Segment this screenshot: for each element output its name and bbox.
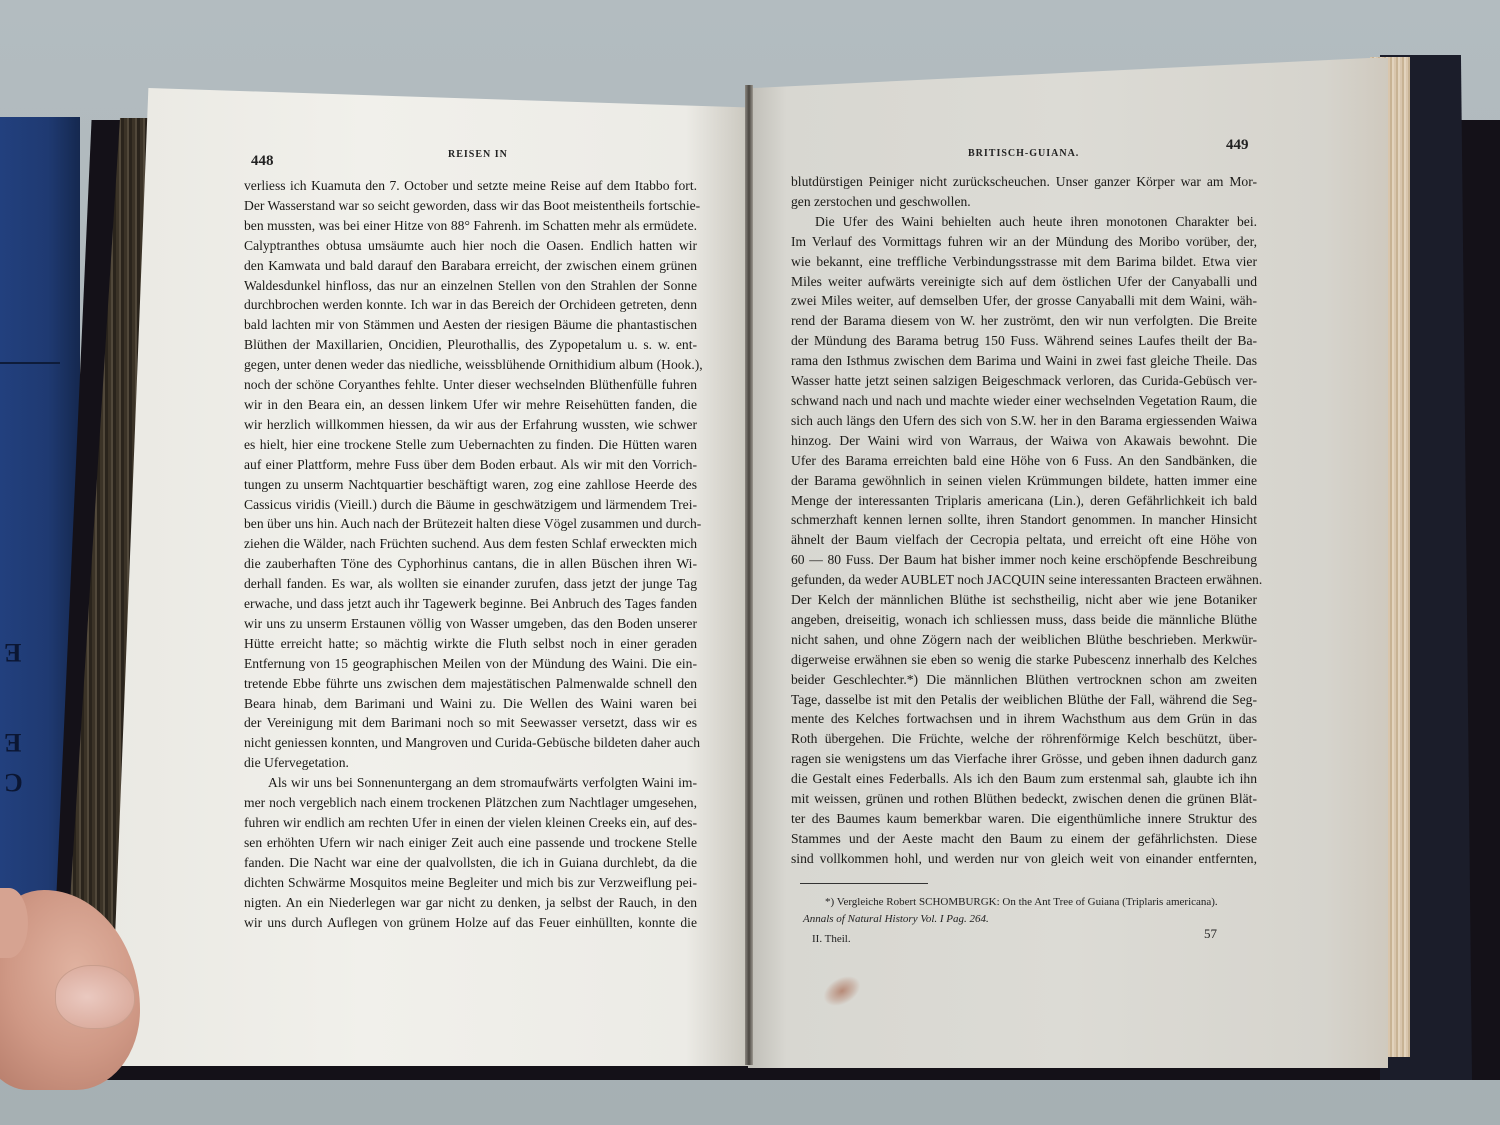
signature-number: 57 [1204,926,1217,942]
text-line: wie bekannt, eine treffliche Verbindungs… [791,252,1257,272]
text-line: nicht geniessen konnten, und Mangroven u… [244,733,697,753]
text-line: die Gestalt eines Federballs. Als ich de… [791,769,1257,789]
text-line: sind vollkommen hohl, und werden nur von… [791,849,1257,869]
right-page-number: 449 [1226,137,1249,154]
text-line: die Ufervegetation. [244,753,697,773]
text-line: fanden. Die Nacht war eine der qualvolls… [244,853,697,873]
text-line: tretende Ebbe führte uns zwischen dem ma… [244,674,697,694]
text-line: die zauberhaften Töne des Cyphorhinus ca… [244,554,697,574]
text-line: der Vereinigung mit dem Barimani noch so… [244,713,697,733]
text-line: fuhren wir endlich am rechten Ufer in ei… [244,813,697,833]
text-line: wir uns zu unserm Erstaunen völlig von W… [244,614,697,634]
text-line: dichten Schwärme Mosquitos meine Begleit… [244,873,697,893]
text-line: Ufer des Barama erreichten bald eine Höh… [791,451,1257,471]
text-line: 60 — 80 Fuss. Der Baum hat bisher immer … [791,550,1257,570]
text-line: ben über uns hin. Auch nach der Brütezei… [244,514,697,534]
text-line: wir in den Beara ein, an dessen linkem U… [244,395,697,415]
spine-band [0,362,60,364]
text-line: Beara hinab, dem Barimani und Waini zu. … [244,694,697,714]
text-line: bald lachten mir von Stämmen und Aesten … [244,315,697,335]
text-line: ähnelt der Baum vielfach der Cecropia pe… [791,530,1257,550]
text-line: Miles weiter aufwärts vereinigte sich au… [791,272,1257,292]
text-line: Wasser hatte jetzt seinen salzigen Beige… [791,371,1257,391]
text-line: gegen, unter denen weder das niedliche, … [244,355,697,375]
text-line: hinzog. Der Waini wird von Warraus, der … [791,431,1257,451]
text-line: derhall fanden. Es war, als wollten sie … [244,574,697,594]
book-gutter [745,85,753,1065]
spine-letter: E [4,637,21,667]
text-line: gen zerstochen und geschwollen. [791,192,1257,212]
left-running-head: REISEN IN [448,149,508,160]
text-line: rend der Barama diesem von W. her zuströ… [791,311,1257,331]
left-page-body: verliess ich Kuamuta den 7. October und … [244,176,697,932]
text-line: Tage, dasselbe ist mit den Petalis der w… [791,690,1257,710]
text-line: rama den Isthmus zwischen dem Barima und… [791,351,1257,371]
text-line: Die Ufer des Waini behielten auch heute … [791,212,1257,232]
text-line: Calyptranthes obtusa umsäumte auch hier … [244,236,697,256]
text-line: tungen zu unserm Nachtquartier beschäfti… [244,475,697,495]
text-line: Waldesdunkel hinfloss, das nur an einzel… [244,276,697,296]
right-running-head: BRITISCH-GUIANA. [968,148,1079,159]
text-line: sen erhöhten Ufern wir nach einiger Zeit… [244,833,697,853]
text-line: noch der schöne Coryanthes fehlte. Unter… [244,375,697,395]
text-line: mente des Kelches fortwachsen und in ihr… [791,709,1257,729]
text-line: Als wir uns bei Sonnenuntergang an dem s… [244,773,697,793]
text-line: Menge der interessanten Triplaris americ… [791,491,1257,511]
signature-mark: II. Theil. [812,933,851,945]
text-line: digerweise erwähnen sie eben so wenig di… [791,650,1257,670]
text-line: ben mussten, was bei einer Hitze von 88°… [244,216,697,236]
text-line: blutdürstigen Peiniger nicht zurückscheu… [791,172,1257,192]
left-page-number: 448 [251,153,274,170]
footnote-line: Annals of Natural History Vol. I Pag. 26… [803,913,989,925]
text-line: der Mündung des Barama betrug 150 Fuss. … [791,331,1257,351]
text-line: Der Wasserstand war so seicht geworden, … [244,196,697,216]
spine-letter: C [4,767,23,797]
text-line: Roth übergehen. Die Früchte, welche der … [791,729,1257,749]
text-line: wir uns durch Auflegen von grünem Holze … [244,913,697,933]
text-line: es hielt, hier eine trockene Stelle zum … [244,435,697,455]
footnote-rule [800,883,928,884]
text-line: Cassicus viridis (Vieill.) durch die Bäu… [244,495,697,515]
text-line: beider Geschlechter.*) Die männlichen Bl… [791,670,1257,690]
text-line: gefunden, da weder AUBLET noch JACQUIN s… [791,570,1257,590]
text-line: angeben, dreiseitig, wonach ich schliess… [791,610,1257,630]
text-line: verliess ich Kuamuta den 7. October und … [244,176,697,196]
text-line: erwache, und dass jetzt auch ihr Tagewer… [244,594,697,614]
right-page-body: blutdürstigen Peiniger nicht zurückscheu… [791,172,1257,869]
text-line: ziehen die Wälder, nach Früchten suchend… [244,534,697,554]
text-line: Stammes und der Aeste macht den Baum zu … [791,829,1257,849]
text-line: nicht sahen, und ohne Zögern nach der we… [791,630,1257,650]
text-line: Der Kelch der männlichen Blüthe ist sech… [791,590,1257,610]
text-line: Entfernung von 15 geographischen Meilen … [244,654,697,674]
text-line: auf einer Plattform, mehre Fuss über dem… [244,455,697,475]
text-line: durchbrochen werden konnte. Ich war in d… [244,295,697,315]
text-line: den Kamwata und bald darauf den Barabara… [244,256,697,276]
text-line: ter des Baumes kaum bemerkbar waren. Die… [791,809,1257,829]
text-line: schwand nach und nach und machte wieder … [791,391,1257,411]
text-line: sich auch längs den Ufern des sich von S… [791,411,1257,431]
text-line: ragen sie wenigstens um das Vierfache ih… [791,749,1257,769]
text-line: nigten. An ein Niederlegen war gar nicht… [244,893,697,913]
text-line: mit weissen, grünen und rothen Blüthen b… [791,789,1257,809]
footnote-line: *) Vergleiche Robert SCHOMBURGK: On the … [825,896,1218,908]
text-line: zwei Miles weiter, auf demselben Ufer, d… [791,291,1257,311]
thumbnail [55,965,135,1029]
spine-letter: E [4,727,21,757]
text-line: Im Verlauf des Vormittags fuhren wir an … [791,232,1257,252]
text-line: schmerzhaft kennen lernen sollte, ihren … [791,510,1257,530]
text-line: der Barama gewöhnlich in seinen vielen K… [791,471,1257,491]
text-line: mer noch vergeblich nach einem trockenen… [244,793,697,813]
text-line: Blüthen der Maxillarien, Oncidien, Pleur… [244,335,697,355]
text-line: Hütte erreicht hatte; so mächtig wirkte … [244,634,697,654]
text-line: wir herzlich willkommen hiessen, da wir … [244,415,697,435]
